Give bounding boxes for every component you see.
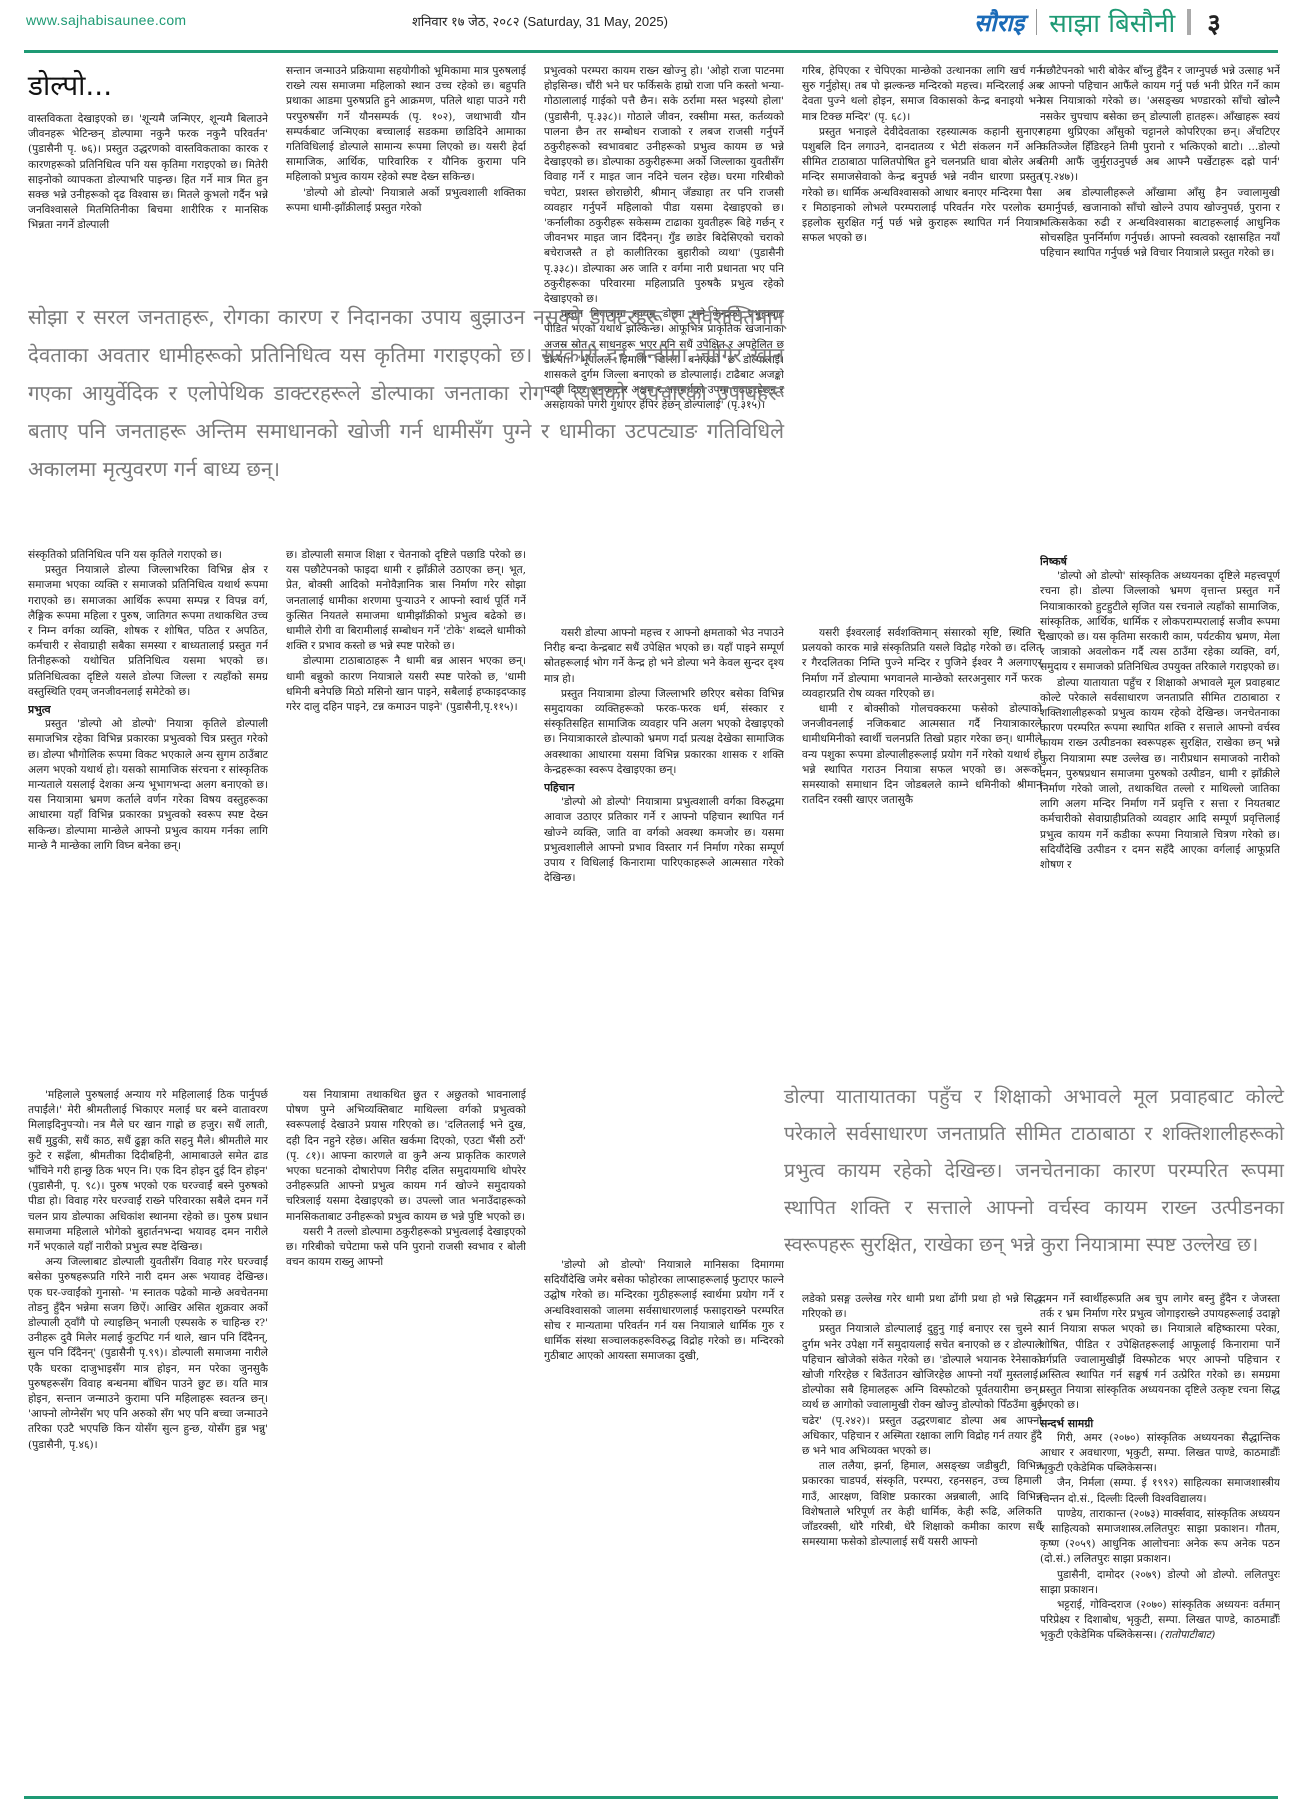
paragraph: प्रस्तुत भनाइले देवीदेवताका रहस्यात्मक क…	[802, 125, 1042, 247]
page-number: ३	[1207, 4, 1221, 40]
site-url-link[interactable]: www.sajhabisaunee.com	[26, 12, 186, 28]
column-2-top: सन्तान जन्माउने प्रक्रियामा सहयोगीको भूम…	[286, 64, 526, 286]
column-5-bottom: दमन गर्ने स्वार्थीहरूप्रति अब चुप लागेर …	[1040, 1292, 1280, 1788]
paragraph: संस्कृतिको प्रतिनिधित्व पनि यस कृतिले गर…	[28, 548, 268, 563]
paragraph: प्रस्तुत नियात्रामा डोल्पा जिल्लाभरि छरि…	[544, 687, 784, 778]
article-title: डोल्पो...	[28, 66, 112, 104]
column-2-middle: छ। डोल्पाली समाज शिक्षा र चेतनाको दृष्टि…	[286, 548, 526, 1088]
header-rule	[24, 50, 1278, 53]
paragraph: सन्तान जन्माउने प्रक्रियामा सहयोगीको भूम…	[286, 64, 526, 186]
column-1-top: वास्तविकता देखाइएको छ। 'शून्यमै जन्मिएर,…	[28, 112, 268, 284]
pull-quote-2: डोल्पा यातायातका पहुँच र शिक्षाको अभावले…	[784, 1078, 1284, 1263]
column-3-middle: यसरी डोल्पा आफ्नो महत्त्व र आफ्नो क्षमता…	[544, 626, 784, 1256]
reference-item: गिरी, अमर (२०७०) सांस्कृतिक अध्ययनका सैद…	[1040, 1431, 1280, 1477]
page-header: www.sajhabisaunee.com शनिवार १७ जेठ, २०८…	[24, 0, 1278, 48]
paragraph: वास्तविकता देखाइएको छ। 'शून्यमै जन्मिएर,…	[28, 112, 268, 234]
paragraph: डोल्पा यातायाता पहुँच र शिक्षाको अभावले …	[1040, 676, 1280, 874]
source-credit: (रातोपाटीबाट)	[1160, 1629, 1215, 1641]
paragraph: 'डोल्पो ओ डोल्पो' सांस्कृतिक अध्ययनका दृ…	[1040, 569, 1280, 675]
brand-divider	[1036, 9, 1037, 35]
brand-block: सौराइ साझा बिसौनी ३	[974, 4, 1221, 40]
subheading-prabhutva: प्रभुत्व	[28, 702, 268, 717]
paragraph: डोल्पामा टाठाबाठाहरू नै धामी बन्न आसन भए…	[286, 654, 526, 715]
paragraph: यसरी ईश्वरलाई सर्वशक्तिमान् संसारको सृष्…	[802, 626, 1042, 702]
paragraph: 'डोल्पो ओ डोल्पो' नियात्राले मानिसका दिम…	[544, 1258, 784, 1364]
issue-date: शनिवार १७ जेठ, २०८२ (Saturday, 31 May, 2…	[412, 12, 668, 30]
pull-quote-1: सोझा र सरल जनताहरू, रोगका कारण र निदानका…	[28, 298, 784, 488]
paragraph: यस नियात्रामा तथाकथित छुत र अछुतको भावना…	[286, 1088, 526, 1225]
saurai-logo: सौराइ	[974, 6, 1024, 39]
paragraph: अन्य जिल्लाबाट डोल्पाली युवतीसँग विवाह ग…	[28, 1255, 268, 1453]
column-4-bottom: लडेको प्रसङ्ग उल्लेख गरेर धामी प्रथा ढों…	[802, 1292, 1042, 1788]
column-1-bottom: 'महिलाले पुरुषलाई अन्याय गरे महिलालाई ठि…	[28, 1088, 268, 1788]
column-2-bottom: यस नियात्रामा तथाकथित छुत र अछुतको भावना…	[286, 1088, 526, 1788]
column-1-middle: संस्कृतिको प्रतिनिधित्व पनि यस कृतिले गर…	[28, 548, 268, 1088]
paragraph: अब डोल्पालीहरूले आँखामा आँसु हैन ज्वालाम…	[1040, 186, 1280, 262]
paragraph: छ। डोल्पाली समाज शिक्षा र चेतनाको दृष्टि…	[286, 548, 526, 654]
column-4-top: गरिब, हेपिएका र चेपिएका मान्छेको उत्थानक…	[802, 64, 1042, 624]
paragraph: पछौटेपनको भारी बोकेर बाँच्नु हुँदैन र जा…	[1040, 64, 1280, 186]
paragraph: प्रस्तुत नियात्राले डोल्पालाई दुहुनु गाई…	[802, 1322, 1042, 1459]
paragraph: यसरी डोल्पा आफ्नो महत्त्व र आफ्नो क्षमता…	[544, 626, 784, 687]
reference-item: भट्टराई, गोविन्दराज (२०७०) सांस्कृतिक अध…	[1040, 1598, 1280, 1644]
paragraph: धामी र बोक्सीको गोलचक्करमा फसेको डोल्पाक…	[802, 702, 1042, 808]
paragraph: प्रभुत्वको परम्परा कायम राख्न खोज्नु हो।…	[544, 64, 784, 307]
paragraph: ताल तलैया, झर्ना, हिमाल, असङ्ख्य जडीबुटी…	[802, 1459, 1042, 1550]
footer-rule	[24, 1796, 1278, 1799]
subheading-pahichan: पहिचान	[544, 780, 784, 795]
reference-item: पाण्डेय, ताराकान्त (२०७३) मार्क्सवाद, सा…	[1040, 1507, 1280, 1568]
references-heading: सन्दर्भ सामग्री	[1040, 1416, 1280, 1431]
column-5-top: पछौटेपनको भारी बोकेर बाँच्नु हुँदैन र जा…	[1040, 64, 1280, 534]
paragraph: गरिब, हेपिएका र चेपिएका मान्छेको उत्थानक…	[802, 64, 1042, 125]
column-5-middle: निष्कर्ष 'डोल्पो ओ डोल्पो' सांस्कृतिक अध…	[1040, 552, 1280, 1057]
subheading-nishkarsha: निष्कर्ष	[1040, 554, 1280, 569]
paragraph: 'महिलाले पुरुषलाई अन्याय गरे महिलालाई ठि…	[28, 1088, 268, 1255]
paragraph: प्रस्तुत नियात्राले डोल्पा जिल्लाभरिका व…	[28, 563, 268, 700]
section-masthead: साझा बिसौनी	[1049, 4, 1175, 40]
paragraph: दमन गर्ने स्वार्थीहरूप्रति अब चुप लागेर …	[1040, 1292, 1280, 1414]
column-4-middle: यसरी ईश्वरलाई सर्वशक्तिमान् संसारको सृष्…	[802, 626, 1042, 1056]
column-3-bottom: 'डोल्पो ओ डोल्पो' नियात्राले मानिसका दिम…	[544, 1258, 784, 1788]
paragraph: 'डोल्पो ओ डोल्पो' नियात्रामा प्रभुत्वशाल…	[544, 795, 784, 886]
paragraph: यसरी नै तल्लो डोल्पामा ठकुरीहरूको प्रभुत…	[286, 1225, 526, 1271]
reference-item: जैन, निर्मला (सम्पा. ई १९९२) साहित्यका स…	[1040, 1476, 1280, 1506]
paragraph: 'डोल्पो ओ डोल्पो' नियात्राले अर्को प्रभु…	[286, 186, 526, 216]
paragraph: लडेको प्रसङ्ग उल्लेख गरेर धामी प्रथा ढों…	[802, 1292, 1042, 1322]
page-marker-icon	[1187, 9, 1191, 35]
reference-item: पुडासैनी, दामोदर (२०७९) डोल्पो ओ डोल्पो.…	[1040, 1568, 1280, 1598]
paragraph: प्रस्तुत 'डोल्पो ओ डोल्पो' नियात्रा कृति…	[28, 717, 268, 854]
